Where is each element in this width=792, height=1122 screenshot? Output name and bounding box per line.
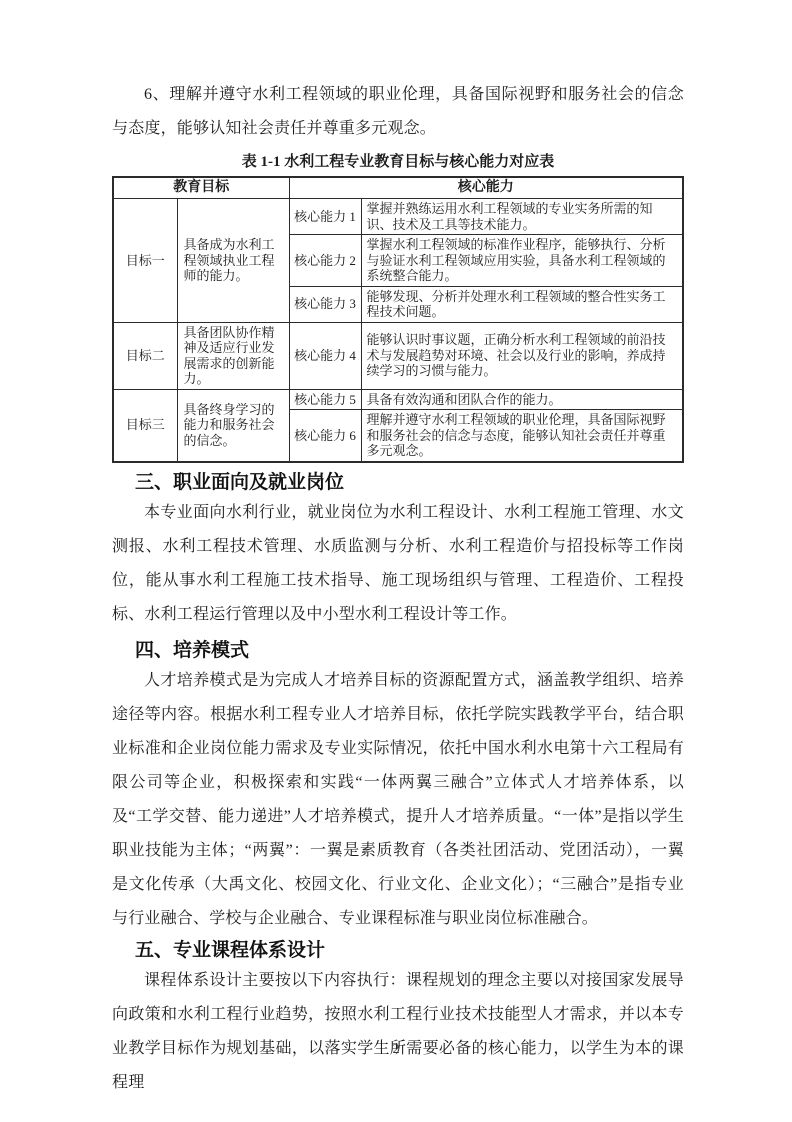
section-heading-career: 三、职业面向及就业岗位 <box>112 470 684 496</box>
ability-desc-cell: 掌握并熟练运用水利工程领域的专业实务所需的知识、技术及工具等技术能力。 <box>361 199 683 235</box>
paragraph-item-6: 6、理解并遵守水利工程领域的职业伦理，具备国际视野和服务社会的信念与态度，能够认… <box>112 78 684 146</box>
goal-label-cell: 目标二 <box>113 322 177 389</box>
table-header-row: 教育目标 核心能力 <box>113 177 683 199</box>
goal-label-cell: 目标一 <box>113 199 177 323</box>
ability-label-cell: 核心能力 2 <box>289 235 361 287</box>
objectives-abilities-table: 教育目标 核心能力 目标一 具备成为水利工程领域执业工程师的能力。 核心能力 1… <box>112 176 684 463</box>
header-core-ability: 核心能力 <box>289 177 683 199</box>
ability-label-cell: 核心能力 5 <box>289 389 361 410</box>
section-paragraph-curriculum-design: 课程体系设计主要按以下内容执行：课程规划的理念主要以对接国家发展导向政策和水利工… <box>112 964 684 1100</box>
goal-label-cell: 目标三 <box>113 389 177 462</box>
goal-desc-cell: 具备终身学习的能力和服务社会的信念。 <box>177 389 289 462</box>
section-heading-curriculum-design: 五、专业课程体系设计 <box>112 938 684 964</box>
section-paragraph-training-mode: 人才培养模式是为完成人才培养目标的资源配置方式，涵盖教学组织、培养途径等内容。根… <box>112 664 684 936</box>
goal-desc-cell: 具备团队协作精神及适应行业发展需求的创新能力。 <box>177 322 289 389</box>
page-number: 2 <box>0 1042 792 1058</box>
section-heading-training-mode: 四、培养模式 <box>112 638 684 664</box>
ability-desc-cell: 掌握水利工程领域的标准作业程序，能够执行、分析与验证水利工程领域应用实验，具备水… <box>361 235 683 287</box>
goal-desc-cell: 具备成为水利工程领域执业工程师的能力。 <box>177 199 289 323</box>
ability-label-cell: 核心能力 6 <box>289 410 361 462</box>
ability-label-cell: 核心能力 3 <box>289 286 361 322</box>
table-title: 表 1-1 水利工程专业教育目标与核心能力对应表 <box>112 152 684 172</box>
ability-desc-cell: 能够认识时事议题，正确分析水利工程领域的前沿技术与发展趋势对环境、社会以及行业的… <box>361 322 683 389</box>
table-row: 目标一 具备成为水利工程领域执业工程师的能力。 核心能力 1 掌握并熟练运用水利… <box>113 199 683 235</box>
table-row: 目标三 具备终身学习的能力和服务社会的信念。 核心能力 5 具备有效沟通和团队合… <box>113 389 683 410</box>
document-page: 6、理解并遵守水利工程领域的职业伦理，具备国际视野和服务社会的信念与态度，能够认… <box>0 0 792 1122</box>
table-row: 目标二 具备团队协作精神及适应行业发展需求的创新能力。 核心能力 4 能够认识时… <box>113 322 683 389</box>
ability-label-cell: 核心能力 4 <box>289 322 361 389</box>
ability-desc-cell: 能够发现、分析并处理水利工程领域的整合性实务工程技术问题。 <box>361 286 683 322</box>
section-paragraph-career: 本专业面向水利行业，就业岗位为水利工程设计、水利工程施工管理、水文测报、水利工程… <box>112 496 684 632</box>
page-content: 6、理解并遵守水利工程领域的职业伦理，具备国际视野和服务社会的信念与态度，能够认… <box>112 78 684 1100</box>
ability-label-cell: 核心能力 1 <box>289 199 361 235</box>
ability-desc-cell: 具备有效沟通和团队合作的能力。 <box>361 389 683 410</box>
ability-desc-cell: 理解并遵守水利工程领域的职业伦理，具备国际视野和服务社会的信念与态度，能够认知社… <box>361 410 683 462</box>
header-education-goal: 教育目标 <box>113 177 289 199</box>
